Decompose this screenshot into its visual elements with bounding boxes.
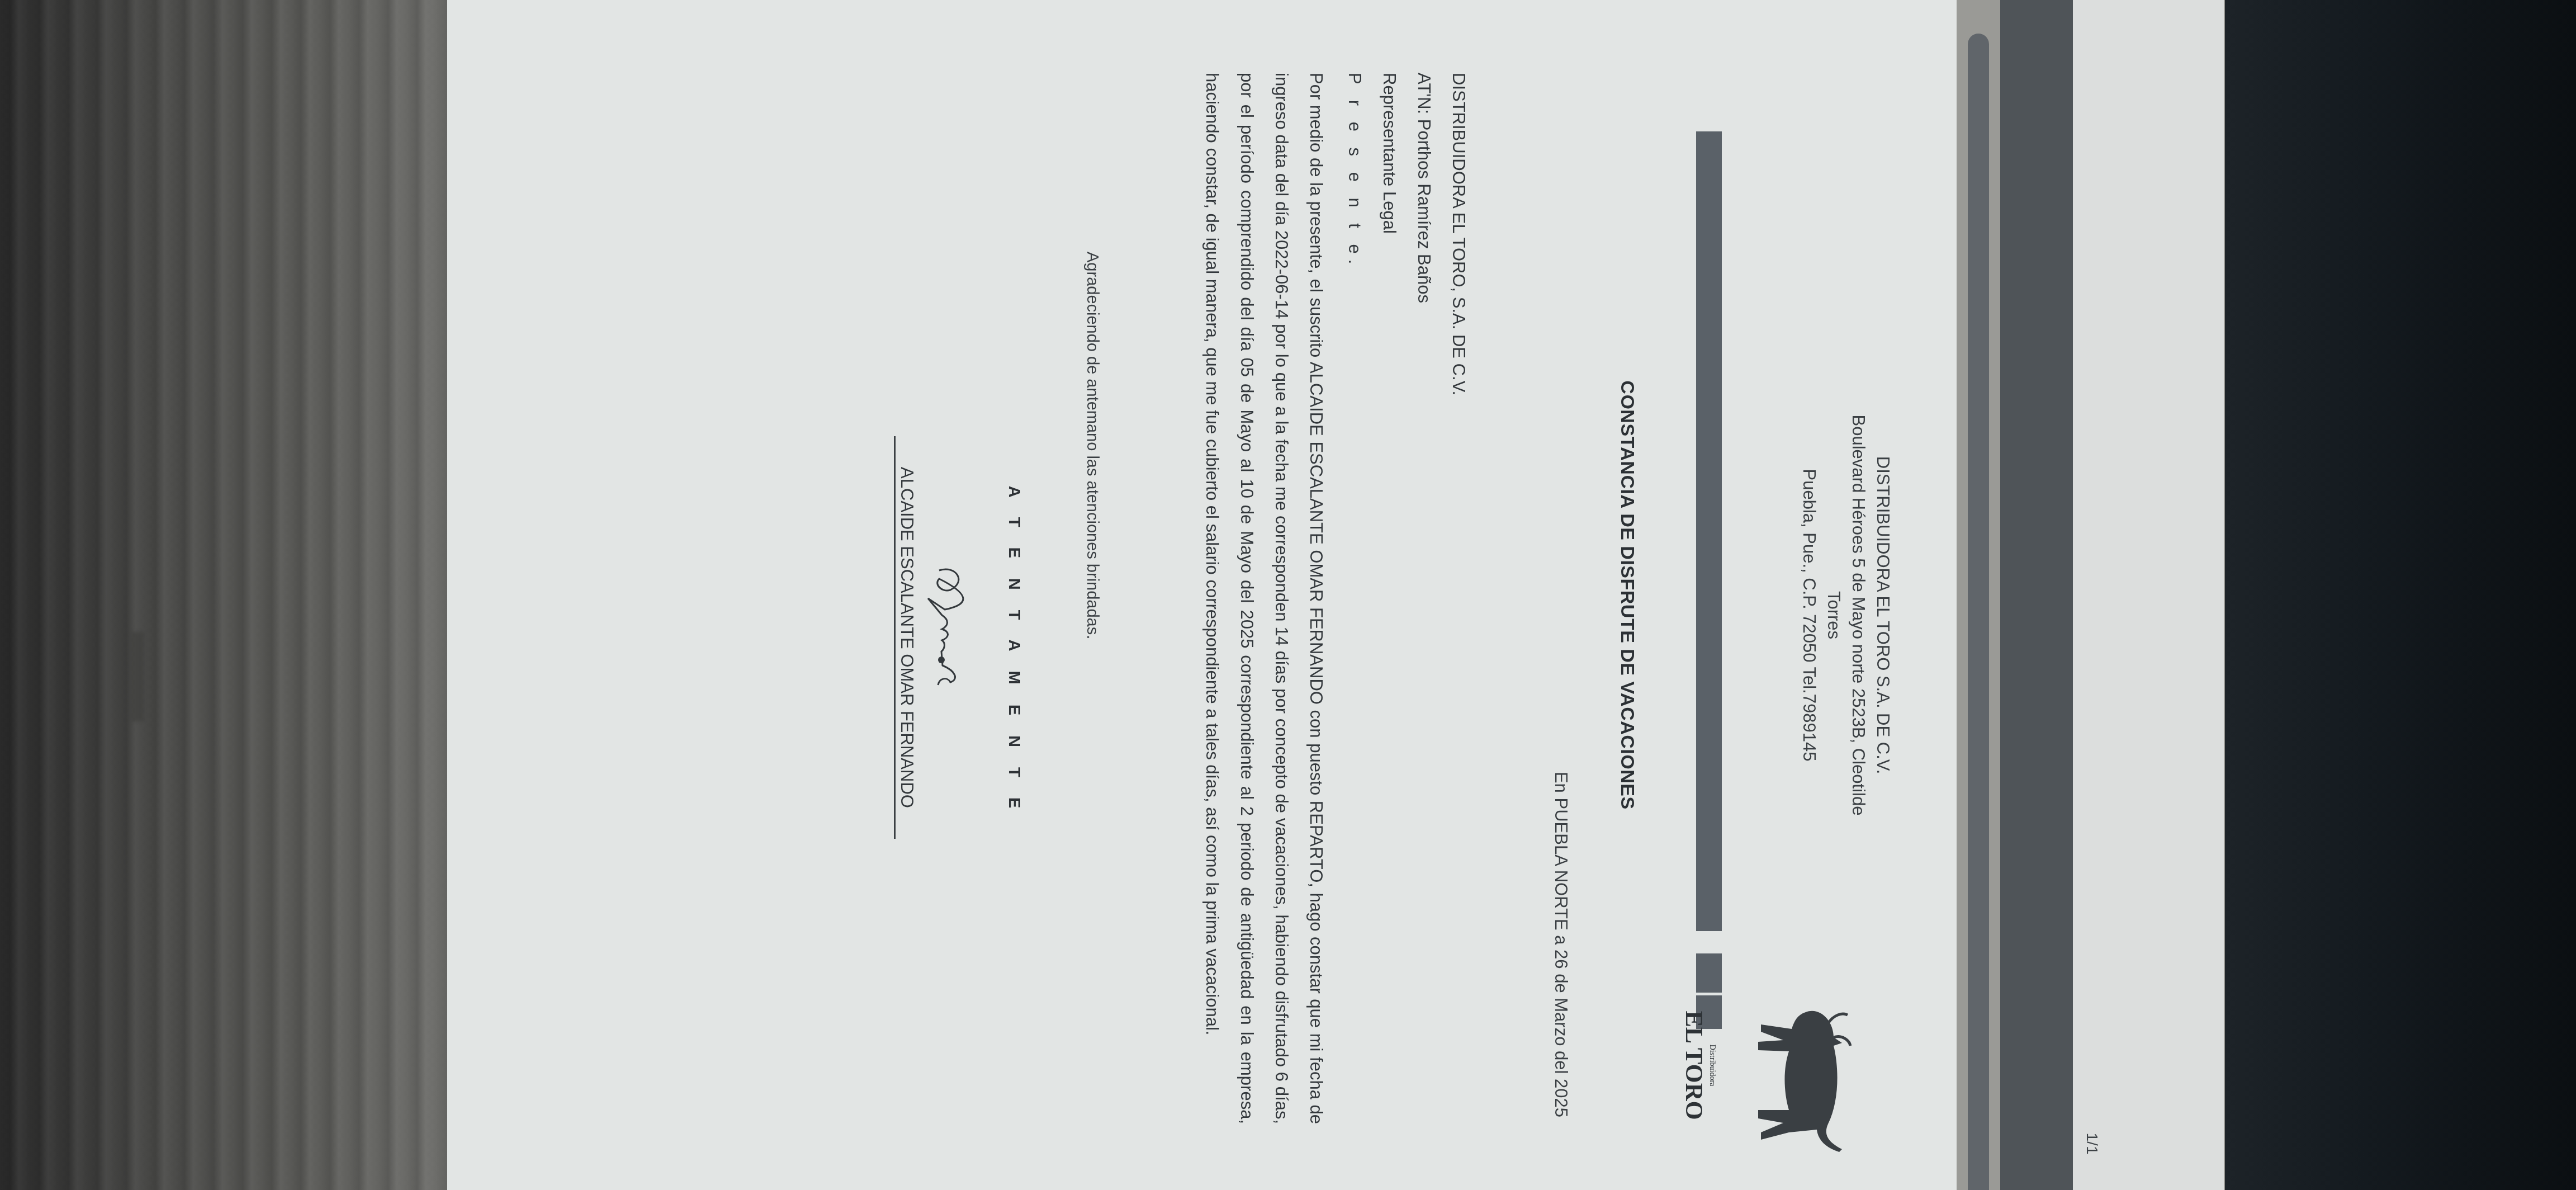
company-logo-text: Distribuidora EL TORO	[1680, 973, 1716, 1158]
desk-mark	[131, 632, 144, 721]
device-bezel	[2225, 0, 2576, 1190]
company-name: DISTRIBUIDORA EL TORO S.A. DE C.V.	[1871, 391, 1895, 839]
desk-background	[0, 0, 447, 1190]
letterhead-address: DISTRIBUIDORA EL TORO S.A. DE C.V. Boule…	[1797, 391, 1895, 839]
bull-icon	[1727, 990, 1873, 1158]
signature	[917, 559, 989, 693]
recipient-company: DISTRIBUIDORA EL TORO, S.A. DE C.V.	[1441, 73, 1476, 395]
address-line-2: Puebla, Pue., C.P. 72050 Tel.7989145	[1797, 391, 1821, 839]
recipient-salutation: P r e s e n t e.	[1337, 73, 1372, 395]
thanks-line: Agradeciendo de antemano las atenciones …	[1083, 252, 1101, 639]
header-stripe	[1696, 131, 1722, 931]
place-date: En PUEBLA NORTE a 26 de Marzo del 2025	[1551, 772, 1571, 1117]
document-title: CONSTANCIA DE DISFRUTE DE VACACIONES	[1616, 0, 1638, 1190]
logo-subtitle: Distribuidora	[1707, 973, 1716, 1158]
recipient-role: Representante Legal	[1372, 73, 1407, 395]
closing: A T E N T A M E N T E	[1005, 0, 1023, 1190]
document-page: DISTRIBUIDORA EL TORO S.A. DE C.V. Boule…	[447, 0, 1957, 1190]
address-line-1: Boulevard Héroes 5 de Mayo norte 2523B, …	[1821, 391, 1871, 839]
recipient-attention: AT'N: Porthos Ramírez Baños	[1407, 73, 1441, 395]
signer-name: ALCAIDE ESCALANTE OMAR FERNANDO	[894, 436, 917, 839]
scrollbar-thumb[interactable]	[2000, 0, 2073, 1190]
page-indicator: 1/1	[2075, 1132, 2109, 1155]
logo-name: EL TORO	[1680, 973, 1707, 1158]
viewer-bottom-bar	[2073, 0, 2224, 1190]
body-paragraph: Por medio de la presente, el suscrito AL…	[1195, 73, 1333, 1124]
scrollbar-track[interactable]	[1968, 34, 1989, 1190]
document-viewport[interactable]: DISTRIBUIDORA EL TORO S.A. DE C.V. Boule…	[447, 0, 1957, 1190]
recipient-block: DISTRIBUIDORA EL TORO, S.A. DE C.V. AT'N…	[1337, 73, 1476, 395]
